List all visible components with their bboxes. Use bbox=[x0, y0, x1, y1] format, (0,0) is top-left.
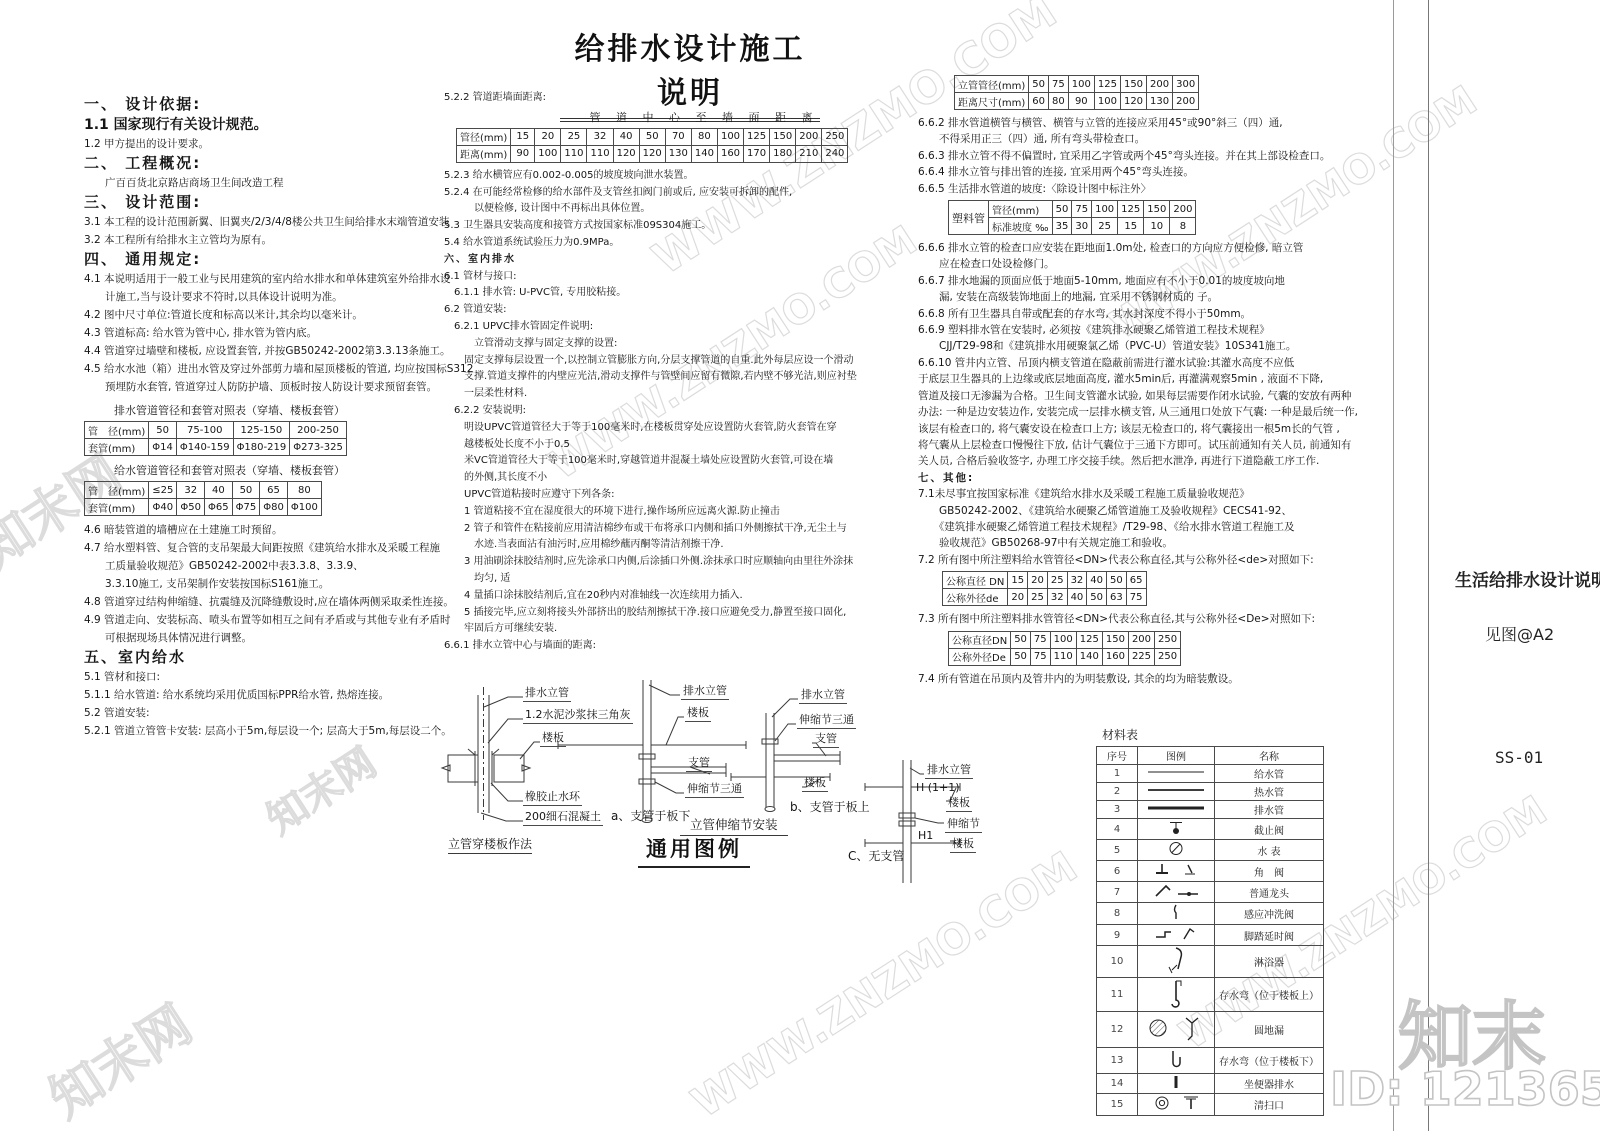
text-line: 4.9 管道走向、安装标高、喷头布置等如相互之间有矛盾或与其他专业有矛盾时 bbox=[84, 611, 444, 629]
text-line: 关人员, 合格后验收签字, 办理工序交接手续。然后把水泄净, 再进行下道隐蔽工序… bbox=[918, 453, 1396, 469]
table-cell: 50 bbox=[1011, 648, 1031, 665]
text-line: 广百百货北京路店商场卫生间改造工程 bbox=[84, 174, 444, 192]
label-floor-slab: 楼板 bbox=[540, 729, 566, 747]
drain-sleeve-table-title: 排水管道管径和套管对照表（穿墙、楼板套管） bbox=[114, 402, 444, 418]
table-cell: 150 bbox=[1120, 76, 1146, 93]
text-line: 均匀, 适 bbox=[444, 571, 924, 588]
angle-icon bbox=[1138, 861, 1215, 882]
text-line: 越楼板处长度不小于0.5 bbox=[444, 437, 924, 454]
table-cell: 15 bbox=[1008, 572, 1028, 589]
table-cell: 30 bbox=[1072, 218, 1092, 235]
table-cell: Φ40 bbox=[149, 499, 177, 516]
label-floor-slab: 楼板 bbox=[802, 774, 828, 792]
text-line: 预埋防水套管, 管道穿过人防防护墙、顶板时按人防设计要求预留套管。 bbox=[84, 378, 444, 396]
material-row: 9脚踏延时阀 bbox=[1097, 925, 1324, 946]
table-cell: 25 bbox=[1028, 589, 1048, 606]
text-line: 《建筑排水硬聚乙烯管道工程技术规程》/T29-98、《给水排水管道工程施工及 bbox=[918, 519, 1396, 535]
table-cell: 标准坡度 ‰ bbox=[989, 218, 1053, 235]
table-row: 管 径(mm)5075-100125-150200-250 bbox=[85, 422, 347, 439]
table-row: 公称直径DN5075100125150200250 bbox=[949, 631, 1181, 648]
text-line: 3.2 本工程所有给排水主立管均为原有。 bbox=[84, 231, 444, 249]
table-cell: 32 bbox=[1047, 589, 1067, 606]
table-cell: 40 bbox=[1067, 589, 1087, 606]
table-cell: 125 bbox=[1076, 631, 1102, 648]
label-branch-pipe: 支管 bbox=[686, 754, 712, 772]
table-cell: 50 bbox=[1107, 572, 1127, 589]
material-name: 坐便器排水 bbox=[1215, 1074, 1324, 1094]
label-h-dimension: H (1+1) bbox=[914, 781, 962, 795]
table-cell: 150 bbox=[1144, 201, 1170, 218]
drain-dn-de-heading: 7.3 所有图中所注塑料排水管管径<DN>代表公称直径,其与公称外径<De>对照… bbox=[918, 611, 1396, 627]
material-no: 14 bbox=[1097, 1074, 1138, 1094]
watermark-id: ID: 1213652706 bbox=[1330, 1062, 1600, 1116]
text-line: 二、 工程概况: bbox=[84, 153, 444, 174]
table-row: 公称外径de20253240506375 bbox=[943, 589, 1147, 606]
material-no: 7 bbox=[1097, 882, 1138, 903]
label-expansion-tee: 伸缩节三通 bbox=[685, 780, 744, 798]
material-no: 4 bbox=[1097, 819, 1138, 840]
table-cell: 100 bbox=[535, 145, 561, 162]
text-line: 6.6.9 塑料排水管在安装时, 必须按《建筑排水硬聚乙烯管道工程技术规程》 bbox=[918, 322, 1396, 338]
text-line: 5.2.3 给水横管应有0.002-0.005的坡度坡向泄水装置。 bbox=[444, 168, 924, 185]
label-rubber-waterstop: 橡胶止水环 bbox=[523, 788, 582, 806]
material-rows: 1给水管2热水管3排水管4截止阀5水 表6角 阀7普通龙头8感应冲洗阀9脚踏延时… bbox=[1097, 765, 1324, 1116]
material-name: 感应冲洗阀 bbox=[1215, 903, 1324, 925]
caption-branch-above-slab: b、支管于板上 bbox=[790, 798, 870, 816]
text-line: 6.6.8 所有卫生器具自带或配套的存水弯, 其水封深度不得小于50mm。 bbox=[918, 306, 1396, 322]
label-floor-slab: 楼板 bbox=[685, 704, 711, 722]
table-cell: 65 bbox=[1126, 572, 1146, 589]
table-cell: Φ140-159 bbox=[176, 439, 233, 456]
table-cell: 管 径(mm) bbox=[85, 422, 149, 439]
text-line: 七、其他: bbox=[918, 470, 1396, 486]
material-table: 材料表 序号 图例 名称 1给水管2热水管3排水管4截止阀5水 表6角 阀7普通… bbox=[1096, 726, 1324, 1116]
label-fine-concrete: 200细石混凝土 bbox=[523, 808, 603, 826]
text-line: CJJ/T29-98和《建筑排水用硬聚氯乙烯（PVC-U）管道安装》10S341… bbox=[918, 338, 1396, 354]
table-cell: 120 bbox=[613, 145, 639, 162]
material-col-symbol: 图例 bbox=[1138, 747, 1215, 765]
text-line: 4.1 本说明适用于一般工业与民用建筑的室内给水排水和单体建筑室外给排水设 bbox=[84, 270, 444, 288]
material-no: 13 bbox=[1097, 1048, 1138, 1074]
material-col-name: 名称 bbox=[1215, 747, 1324, 765]
text-line: 应在检查口处设检修门。 bbox=[918, 256, 1396, 272]
text-line: 六、室内排水 bbox=[444, 252, 924, 269]
table-cell: 75 bbox=[1126, 589, 1146, 606]
text-line: UPVC管道粘接时应遵守下列各条: bbox=[444, 487, 924, 504]
table-cell: 63 bbox=[1107, 589, 1127, 606]
material-name: 淋浴器 bbox=[1215, 946, 1324, 978]
text-line: 三、 设计范围: bbox=[84, 192, 444, 213]
text-line: 将气囊从上层检查口慢慢往下放, 估计气囊位于三通下方即可。试压前通知有关人员, … bbox=[918, 437, 1396, 453]
table-cell: 32 bbox=[1067, 572, 1087, 589]
table-cell: 200 bbox=[796, 128, 822, 145]
text-line: 该层有检查口的, 将气囊安设在检查口上方; 该层无检查口的, 将气囊接出一根5m… bbox=[918, 421, 1396, 437]
table-cell: 225 bbox=[1128, 648, 1154, 665]
table-cell: 90 bbox=[1068, 93, 1094, 110]
table-row: 距离尺寸(mm)608090100120130200 bbox=[955, 93, 1199, 110]
table-cell: 300 bbox=[1173, 76, 1199, 93]
material-no: 11 bbox=[1097, 978, 1138, 1012]
text-line: 5 插接完毕,应立刻将接头外部挤出的胶结剂擦拭干净.接口应避免受力,静置至接口固… bbox=[444, 605, 924, 622]
table-cell: 125-150 bbox=[233, 422, 290, 439]
table-row: 距离(mm)9010011011012012013014016017018021… bbox=[457, 145, 848, 162]
sensor-icon bbox=[1138, 903, 1215, 925]
table-cell: 20 bbox=[1028, 572, 1048, 589]
table-cell: 125 bbox=[744, 128, 770, 145]
table-cell: 15 bbox=[1118, 218, 1144, 235]
table-cell: Φ80 bbox=[260, 499, 288, 516]
supply-sleeve-table-title: 给水管道管径和套管对照表（穿墙、楼板套管） bbox=[114, 462, 444, 478]
supply-dn-de-table: 公称直径 DN15202532405065公称外径de2025324050637… bbox=[942, 571, 1147, 606]
label-drain-riser: 排水立管 bbox=[799, 686, 847, 704]
table-cell: Φ14 bbox=[149, 439, 177, 456]
text-line: 4.6 暗装管道的墙槽应在土建施工时预留。 bbox=[84, 521, 444, 539]
material-no: 10 bbox=[1097, 946, 1138, 978]
table-cell: 150 bbox=[1102, 631, 1128, 648]
table-cell: 250 bbox=[1155, 631, 1181, 648]
table-cell: 125 bbox=[1094, 76, 1120, 93]
table-cell: ≤25 bbox=[149, 482, 177, 499]
titleblock-border-line bbox=[1428, 0, 1429, 1131]
text-line: 1.1 国家现行有关设计规范。 bbox=[84, 115, 444, 135]
table-cell: 240 bbox=[822, 145, 848, 162]
table-cell: 距离尺寸(mm) bbox=[955, 93, 1029, 110]
table-cell: 管 径(mm) bbox=[85, 482, 149, 499]
material-no: 15 bbox=[1097, 1094, 1138, 1116]
general-legend-title: 通用图例 bbox=[638, 833, 750, 868]
table-cell: 50 bbox=[1087, 589, 1107, 606]
material-name: 排水管 bbox=[1215, 801, 1324, 819]
slope-table: 塑料管 管径(mm) 50 75 100 125 150 200 标准坡度 ‰ … bbox=[948, 200, 1196, 235]
text-line: 6.6.10 管井内立管、吊顶内横支管道在隐蔽前需进行灌水试验:其灌水高度不应低 bbox=[918, 355, 1396, 371]
supply-sleeve-table: 管 径(mm)≤253240506580套管(mm)Φ40Φ50Φ65Φ75Φ8… bbox=[84, 481, 322, 516]
text-line: 6.2.1 UPVC排水管固定件说明: bbox=[444, 319, 924, 336]
sheet-border-line bbox=[1393, 0, 1394, 1131]
valve-icon bbox=[1138, 819, 1215, 840]
shower-icon bbox=[1138, 946, 1215, 978]
label-cement-mortar: 1.2水泥沙浆抹三角灰 bbox=[523, 706, 633, 724]
label-drain-riser: 排水立管 bbox=[681, 682, 729, 700]
table-cell: 50 bbox=[1052, 201, 1072, 218]
table-cell: 100 bbox=[1094, 93, 1120, 110]
floor-drain-icon bbox=[1138, 1012, 1215, 1048]
table-cell: 100 bbox=[1068, 76, 1094, 93]
table-cell: 140 bbox=[691, 145, 717, 162]
table-cell: Φ100 bbox=[287, 499, 321, 516]
table-cell: 公称直径DN bbox=[949, 631, 1011, 648]
design-basis-notes: 一、 设计依据:1.1 国家现行有关设计规范。1.2 甲方提出的设计要求。二、 … bbox=[84, 94, 444, 396]
material-name: 普通龙头 bbox=[1215, 882, 1324, 903]
watermark-text: 知末网 bbox=[32, 984, 204, 1131]
table-cell: Φ50 bbox=[177, 499, 205, 516]
text-line: 明设UPVC管道管径大于等于100毫米时,在楼板贯穿处应设置防火套管,防火套管在… bbox=[444, 420, 924, 437]
text-line: 1.2 甲方提出的设计要求。 bbox=[84, 135, 444, 153]
material-row: 11存水弯（位于楼板上） bbox=[1097, 978, 1324, 1012]
material-row: 4截止阀 bbox=[1097, 819, 1324, 840]
table-cell: 125 bbox=[1118, 201, 1144, 218]
drain-connection-notes: 6.6.2 排水管道横管与横管、横管与立管的连接应采用45°或90°斜三（四）通… bbox=[918, 115, 1396, 197]
table-cell: Φ273-325 bbox=[290, 439, 347, 456]
text-line: 4 量插口涂抹胶结剂后,宜在20秒内对准轴线一次连续用力插入. bbox=[444, 588, 924, 605]
text-line: 4.3 管道标高: 给水管为管中心, 排水管为管内底。 bbox=[84, 324, 444, 342]
text-line: 4.5 给水水池（箱）进出水管及穿过外部剪力墙和屋顶楼板的管道, 均应按国标S3… bbox=[84, 360, 444, 378]
material-no: 5 bbox=[1097, 840, 1138, 861]
table-cell: 20 bbox=[1008, 589, 1028, 606]
label-h1-dimension: H1 bbox=[916, 829, 935, 843]
text-line: 6.6.3 排水立管不得不偏置时, 宜采用乙字管或两个45°弯头连接。并在其上部… bbox=[918, 148, 1396, 164]
table-cell: 110 bbox=[1050, 648, 1076, 665]
text-line: 四、 通用规定: bbox=[84, 249, 444, 270]
table-cell: 80 bbox=[691, 128, 717, 145]
general-rules-notes: 4.6 暗装管道的墙槽应在土建施工时预留。4.7 给水塑料管、复合管的支吊架最大… bbox=[84, 521, 444, 740]
table-cell: 35 bbox=[1052, 218, 1072, 235]
table-cell: 250 bbox=[1155, 648, 1181, 665]
text-line: 6.6.6 排水立管的检查口应安装在距地面1.0m处, 检查口的方向应方便检修,… bbox=[918, 240, 1396, 256]
material-name: 截止阀 bbox=[1215, 819, 1324, 840]
drain-dn-de-table: 公称直径DN5075100125150200250公称外径De507511014… bbox=[948, 631, 1181, 666]
material-table-title: 材料表 bbox=[1102, 726, 1324, 743]
drainage-install-notes: 5.2.3 给水横管应有0.002-0.005的坡度坡向泄水装置。5.2.4 在… bbox=[444, 168, 924, 655]
table-row: 立管管径(mm)5075100125150200300 bbox=[955, 76, 1199, 93]
table-cell: 200 bbox=[1170, 201, 1196, 218]
trap-down-icon bbox=[1138, 1048, 1215, 1074]
text-line: 验收规范》GB50268-97中有关规定施工和验收。 bbox=[918, 535, 1396, 551]
table-cell: 80 bbox=[287, 482, 321, 499]
text-line: 立管滑动支撑与固定支撑的设置: bbox=[444, 336, 924, 353]
table-row: 套管(mm)Φ40Φ50Φ65Φ75Φ80Φ100 bbox=[85, 499, 322, 516]
text-line: 不得采用正三（四）通, 所有弯头带检查口。 bbox=[918, 131, 1396, 147]
table-cell: 75 bbox=[1030, 648, 1050, 665]
table-cell: 160 bbox=[1102, 648, 1128, 665]
text-line: 5.1 管材和接口: bbox=[84, 668, 444, 686]
material-name: 存水弯（位于楼板下） bbox=[1215, 1048, 1324, 1074]
material-name: 脚踏延时阀 bbox=[1215, 925, 1324, 946]
table-cell: 50 bbox=[639, 128, 665, 145]
table-cell: 60 bbox=[1029, 93, 1049, 110]
table-cell: 70 bbox=[665, 128, 691, 145]
material-name: 存水弯（位于楼板上） bbox=[1215, 978, 1324, 1012]
material-name: 清扫口 bbox=[1215, 1094, 1324, 1116]
table-cell: 距离(mm) bbox=[457, 145, 511, 162]
text-line: 3.1 本工程的设计范围新翼、旧翼夹/2/3/4/8楼公共卫生间给排水末端管道安… bbox=[84, 213, 444, 231]
text-line: 7.2 所有图中所注塑料给水管管径<DN>代表公称直径,其与公称外径<de>对照… bbox=[918, 552, 1396, 568]
meter-icon bbox=[1138, 840, 1215, 861]
material-no: 9 bbox=[1097, 925, 1138, 946]
text-line: 的外侧,其长度不小 bbox=[444, 470, 924, 487]
table-cell: 200 bbox=[1173, 93, 1199, 110]
table-cell: 140 bbox=[1076, 648, 1102, 665]
material-row: 5水 表 bbox=[1097, 840, 1324, 861]
text-line: 以便检修, 设计图中不再标出具体位置。 bbox=[444, 201, 924, 218]
material-name: 热水管 bbox=[1215, 783, 1324, 801]
text-line: 5.3 卫生器具安装高度和接管方式按国家标准09S304施工。 bbox=[444, 218, 924, 235]
text-line: 计施工,当与设计要求不符时,以具体设计说明为准。 bbox=[84, 288, 444, 306]
label-floor-slab: 楼板 bbox=[946, 794, 972, 812]
text-line: 5.2.2 管道距墙面距离: bbox=[444, 90, 924, 107]
text-line: 管道及接口无渗漏为合格。卫生间支管灌水试验, 如果每层需要作闭水试验, 气囊的安… bbox=[918, 388, 1396, 404]
table-cell: 100 bbox=[717, 128, 743, 145]
table-cell: 25 bbox=[561, 128, 587, 145]
table-cell: 25 bbox=[1092, 218, 1118, 235]
caption-branch-below-slab: a、支管于板下 bbox=[611, 807, 690, 825]
material-row: 1给水管 bbox=[1097, 765, 1324, 783]
text-line: 工质量验收规范》GB50242-2002中表3.3.8、3.3.9、 bbox=[84, 557, 444, 575]
label-drain-riser: 排水立管 bbox=[925, 761, 973, 779]
table-cell: 100 bbox=[1092, 201, 1118, 218]
text-line: 7.3 所有图中所注塑料排水管管径<DN>代表公称直径,其与公称外径<De>对照… bbox=[918, 611, 1396, 627]
text-line: 固定支撑每层设置一个,以控制立管膨胀方向,分层支撑管道的自重.此外每层应设一个滑… bbox=[444, 353, 924, 370]
caption-no-branch: C、无支管 bbox=[848, 847, 904, 865]
watermark-text: 知末网 bbox=[254, 732, 386, 845]
table-cell: 10 bbox=[1144, 218, 1170, 235]
titleblock-drawing-name: 生活给排水设计说明 bbox=[1455, 566, 1600, 591]
drain-sleeve-table: 管 径(mm)5075-100125-150200-250套管(mm)Φ14Φ1… bbox=[84, 421, 347, 456]
table-cell: 8 bbox=[1170, 218, 1196, 235]
table-cell: 65 bbox=[260, 482, 288, 499]
label-floor-slab: 楼板 bbox=[950, 835, 976, 853]
text-line: 5.1.1 给水管道: 给水系统均采用优质国标PPR给水管, 热熔连接。 bbox=[84, 686, 444, 704]
text-line: 可根据现场具体情况进行调整。 bbox=[84, 629, 444, 647]
text-line: 3 用油刷涂抹胶结剂时,应先涂承口内侧,后涂插口外侧.涂抹承口时应顺轴向由里往外… bbox=[444, 554, 924, 571]
table-cell: 套管(mm) bbox=[85, 499, 149, 516]
material-name: 角 阀 bbox=[1215, 861, 1324, 882]
trap-up-icon bbox=[1138, 978, 1215, 1012]
table-cell: 90 bbox=[511, 145, 535, 162]
material-row: 10淋浴器 bbox=[1097, 946, 1324, 978]
table-cell: 立管管径(mm) bbox=[955, 76, 1029, 93]
table-cell: 20 bbox=[535, 128, 561, 145]
label-branch-pipe: 支管 bbox=[813, 730, 839, 748]
table-cell: 50 bbox=[1011, 631, 1031, 648]
table-cell: 40 bbox=[1087, 572, 1107, 589]
text-line: 6.6.2 排水管道横管与横管、横管与立管的连接应采用45°或90°斜三（四）通… bbox=[918, 115, 1396, 131]
text-line: 6.1 管材与接口: bbox=[444, 269, 924, 286]
material-row: 7普通龙头 bbox=[1097, 882, 1324, 903]
text-line: 5.2.1 管道立管管卡安装: 层高小于5m,每层设一个; 层高大于5m,每层设… bbox=[84, 722, 444, 740]
notes-column-2: 5.2.2 管道距墙面距离: 管 道 中 心 至 墙 面 距 离 管径(mm)1… bbox=[444, 90, 924, 655]
faucet-icon bbox=[1138, 882, 1215, 903]
table-cell: 40 bbox=[205, 482, 233, 499]
cleanout-icon bbox=[1138, 1094, 1215, 1116]
material-row: 3排水管 bbox=[1097, 801, 1324, 819]
table-cell: 120 bbox=[639, 145, 665, 162]
text-line: 水迹.当表面沾有油污时,应用棉纱蘸丙酮等清洁剂擦干净. bbox=[444, 537, 924, 554]
material-no: 12 bbox=[1097, 1012, 1138, 1048]
text-line: GB50242-2002、《建筑给水硬聚乙烯管道施工及验收规程》CECS41-9… bbox=[918, 503, 1396, 519]
table-cell: 100 bbox=[1050, 631, 1076, 648]
wall-distance-heading: 5.2.2 管道距墙面距离: bbox=[444, 90, 924, 107]
table-row: 套管(mm)Φ14Φ140-159Φ180-219Φ273-325 bbox=[85, 439, 347, 456]
table-cell: 32 bbox=[177, 482, 205, 499]
text-line: 五、室内给水 bbox=[84, 647, 444, 668]
table-cell: 15 bbox=[511, 128, 535, 145]
table-cell: 110 bbox=[561, 145, 587, 162]
text-line: 6.1.1 排水管: U-PVC管, 专用胶粘接。 bbox=[444, 285, 924, 302]
table-cell: 40 bbox=[613, 128, 639, 145]
material-row: 12圆地漏 bbox=[1097, 1012, 1324, 1048]
text-line: 6.6.5 生活排水管道的坡度:〈除设计图中标注外〉 bbox=[918, 181, 1396, 197]
material-name: 给水管 bbox=[1215, 765, 1324, 783]
misc-notes: 6.6.6 排水立管的检查口应安装在距地面1.0m处, 检查口的方向应方便检修,… bbox=[918, 240, 1396, 568]
titleblock-reference: 见图@A2 bbox=[1485, 622, 1554, 645]
table-cell: 管径(mm) bbox=[989, 201, 1053, 218]
text-line: 6.2.2 安装说明: bbox=[444, 403, 924, 420]
text-line: 支撑.管道支撑件的内壁应光洁,滑动支撑件与管壁间应留有微隙,若内壁不够光洁,则应… bbox=[444, 369, 924, 386]
line-thin-icon bbox=[1138, 765, 1215, 783]
material-row: 6角 阀 bbox=[1097, 861, 1324, 882]
table-cell: 75-100 bbox=[176, 422, 233, 439]
text-line: 7.4 所有管道在吊顶内及管井内的为明装敷设, 其余的均为暗装敷设。 bbox=[918, 671, 1396, 687]
pedal-icon bbox=[1138, 925, 1215, 946]
table-cell: 200 bbox=[1128, 631, 1154, 648]
table-cell: 公称外径De bbox=[949, 648, 1011, 665]
table-cell: 75 bbox=[1049, 76, 1069, 93]
label-drain-riser: 排水立管 bbox=[523, 684, 571, 702]
text-line: 一、 设计依据: bbox=[84, 94, 444, 115]
material-col-no: 序号 bbox=[1097, 747, 1138, 765]
toilet-icon bbox=[1138, 1074, 1215, 1094]
line-mid-icon bbox=[1138, 783, 1215, 801]
notes-column-3: 立管管径(mm)5075100125150200300距离尺寸(mm)60809… bbox=[918, 72, 1396, 687]
text-line: 1 管道粘接不宜在湿度很大的环境下进行,操作场所应远离火源.防止撞击 bbox=[444, 504, 924, 521]
drawing-sheet: { "title": "给排水设计施工说明", "titleblock": {"… bbox=[0, 0, 1600, 1131]
table-cell: 塑料管 bbox=[949, 201, 989, 235]
table-cell: 50 bbox=[1029, 76, 1049, 93]
table-cell: 32 bbox=[587, 128, 613, 145]
table-cell: Φ75 bbox=[232, 499, 260, 516]
text-line: 5.2 管道安装: bbox=[84, 704, 444, 722]
text-line: 4.4 管道穿过墙壁和楼板, 应设置套管, 并按GB50242-2002第3.3… bbox=[84, 342, 444, 360]
table-cell: 25 bbox=[1047, 572, 1067, 589]
table-cell: 管径(mm) bbox=[457, 128, 511, 145]
concealed-note: 7.4 所有管道在吊顶内及管井内的为明装敷设, 其余的均为暗装敷设。 bbox=[918, 671, 1396, 687]
table-cell: Φ180-219 bbox=[233, 439, 290, 456]
label-expansion-tee: 伸缩节三通 bbox=[797, 711, 856, 729]
line-thick-icon bbox=[1138, 801, 1215, 819]
table-cell: 130 bbox=[1147, 93, 1173, 110]
table-cell: 套管(mm) bbox=[85, 439, 149, 456]
table-cell: 250 bbox=[822, 128, 848, 145]
riser-distance-table: 立管管径(mm)5075100125150200300距离尺寸(mm)60809… bbox=[954, 75, 1199, 110]
table-cell: 210 bbox=[796, 145, 822, 162]
caption-riser-through-slab: 立管穿楼板作法 bbox=[448, 835, 532, 854]
label-expansion-joint: 伸缩节 bbox=[945, 815, 982, 833]
table-cell: 180 bbox=[770, 145, 796, 162]
material-row: 8感应冲洗阀 bbox=[1097, 903, 1324, 925]
material-row: 15清扫口 bbox=[1097, 1094, 1324, 1116]
titleblock-sheet-number: SS-01 bbox=[1495, 748, 1543, 767]
table-cell: 110 bbox=[587, 145, 613, 162]
text-line: 7.1未尽事宜按国家标准《建筑给水排水及采暖工程施工质量验收规范》 bbox=[918, 486, 1396, 502]
text-line: 办法: 一种是边安装边作, 安装完成一层排水横支管, 从三通甩口处放下气囊: 一… bbox=[918, 404, 1396, 420]
table-row: 管 径(mm)≤253240506580 bbox=[85, 482, 322, 499]
material-no: 6 bbox=[1097, 861, 1138, 882]
material-name: 水 表 bbox=[1215, 840, 1324, 861]
text-line: 3.3.10施工, 支吊架制作安装按国标S161施工。 bbox=[84, 575, 444, 593]
material-row: 2热水管 bbox=[1097, 783, 1324, 801]
text-line: 2 管子和管件在粘接前应用清洁棉纱布或干布将承口内侧和插口外侧擦拭干净,无尘土与 bbox=[444, 521, 924, 538]
wall-distance-table-title: 管 道 中 心 至 墙 面 距 离 bbox=[484, 109, 924, 125]
material-no: 1 bbox=[1097, 765, 1138, 783]
material-row: 13存水弯（位于楼板下） bbox=[1097, 1048, 1324, 1074]
table-cell: Φ65 bbox=[205, 499, 233, 516]
table-cell: 50 bbox=[149, 422, 177, 439]
text-line: 6.6.7 排水地漏的顶面应低于地面5-10mm, 地面应有不小于0.01的坡度… bbox=[918, 273, 1396, 289]
table-cell: 50 bbox=[232, 482, 260, 499]
text-line: 于底层卫生器具的上边缘或底层地面高度, 灌水5min后, 再灌满观察5min ,… bbox=[918, 371, 1396, 387]
table-cell: 公称直径 DN bbox=[943, 572, 1008, 589]
text-line: 4.7 给水塑料管、复合管的支吊架最大间距按照《建筑给水排水及采暖工程施 bbox=[84, 539, 444, 557]
